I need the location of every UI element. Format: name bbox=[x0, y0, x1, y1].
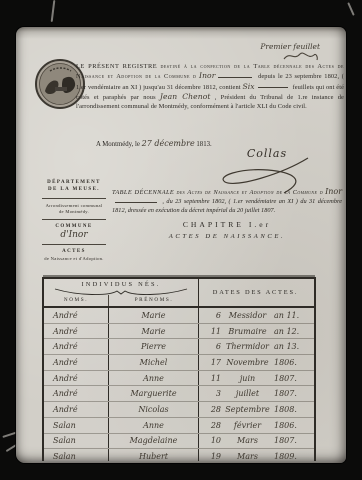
date-month: Mars bbox=[221, 436, 274, 445]
chapter-heading: CHAPITRE I.er bbox=[112, 220, 342, 229]
divider bbox=[42, 219, 106, 220]
prenom-cell: Magdelaine bbox=[109, 434, 199, 449]
title-block: TABLE DÉCENNALE des Actes de Naissance e… bbox=[112, 187, 342, 240]
date-handwritten: 27 décembre bbox=[142, 139, 195, 148]
register-notice: LE PRÉSENT REGISTRE destiné à la confect… bbox=[76, 62, 344, 111]
president-name-handwritten: Jean Chenot bbox=[160, 92, 211, 101]
table-row: André Anne 11juin1807. bbox=[44, 371, 314, 387]
nom-cell: André bbox=[44, 402, 109, 417]
scanned-register-page: { "colors": { "background": "#0b0b0a", "… bbox=[0, 0, 362, 480]
date-year: 1808. bbox=[274, 405, 310, 414]
date-year: 1807. bbox=[274, 374, 310, 383]
divider bbox=[42, 244, 106, 245]
col-header-prenoms: PRÉNOMS. bbox=[109, 295, 199, 306]
group-header: INDIVIDUS NÉS. bbox=[44, 279, 198, 288]
actes-sublabel: de Naissance et d'Adoption. bbox=[34, 256, 114, 262]
blank-line bbox=[258, 86, 288, 88]
date-year: 1807. bbox=[274, 389, 310, 398]
table-row: André Nicolas 28Septembre1808. bbox=[44, 402, 314, 418]
nom-cell: André bbox=[44, 324, 109, 339]
dateline-year: 1813. bbox=[196, 141, 211, 148]
col-header-dates: DATES DES ACTES. bbox=[199, 279, 312, 306]
prenom-cell: Anne bbox=[109, 371, 199, 386]
corner-note: Premier feuillet bbox=[260, 42, 320, 63]
date-month: février bbox=[221, 421, 274, 430]
table-row: André Marguerite 3juillet1807. bbox=[44, 386, 314, 402]
date-cell: 28Septembre1808. bbox=[199, 402, 314, 417]
date-day: 28 bbox=[203, 405, 221, 414]
births-table: INDIVIDUS NÉS. NOMS. PRÉNOMS. DATES DES … bbox=[42, 277, 316, 461]
date-day: 6 bbox=[203, 311, 221, 320]
date-year: 1809. bbox=[274, 452, 310, 461]
date-day: 17 bbox=[203, 358, 221, 367]
date-month: juillet bbox=[221, 389, 274, 398]
blank-line bbox=[218, 76, 252, 78]
date-day: 11 bbox=[203, 374, 221, 383]
date-cell: 6Thermidoran 13. bbox=[199, 339, 314, 354]
col-header-noms: NOMS. bbox=[44, 295, 109, 306]
prenom-cell: Marie bbox=[109, 308, 199, 323]
arrondissement-line2: de Montmédy. bbox=[34, 209, 114, 215]
nom-cell: André bbox=[44, 339, 109, 354]
date-year: 1806. bbox=[274, 358, 310, 367]
title-text-1: TABLE DÉCENNALE des Actes de Naissance e… bbox=[112, 189, 323, 196]
date-cell: 11juin1807. bbox=[199, 371, 314, 386]
prenom-cell: Pierre bbox=[109, 339, 199, 354]
prenom-cell: Marie bbox=[109, 324, 199, 339]
paraph-flourish-icon bbox=[280, 49, 320, 63]
date-month: Brumaire bbox=[221, 327, 274, 336]
date-year: 1807. bbox=[274, 436, 310, 445]
commune-label: COMMUNE bbox=[34, 224, 114, 231]
decennale-title: TABLE DÉCENNALE des Actes de Naissance e… bbox=[112, 187, 342, 215]
subheader-row: NOMS. PRÉNOMS. bbox=[44, 295, 198, 306]
scan-artifact bbox=[51, 0, 56, 22]
blank-line bbox=[115, 201, 157, 203]
nom-cell: André bbox=[44, 386, 109, 401]
date-day: 6 bbox=[203, 342, 221, 351]
date-cell: 19Mars1809. bbox=[199, 449, 314, 461]
table-row: Salan Hubert 19Mars1809. bbox=[44, 449, 314, 461]
date-cell: 11Brumairean 12. bbox=[199, 324, 314, 339]
nom-cell: Salan bbox=[44, 434, 109, 449]
dateline-printed: A Montmédy, le bbox=[96, 141, 140, 148]
date-month: Septembre bbox=[221, 405, 274, 414]
date-day: 3 bbox=[203, 389, 221, 398]
divider bbox=[42, 198, 106, 199]
margin-block: DÉPARTEMENT DE LA MEUSE. Arrondissement … bbox=[34, 180, 114, 262]
actes-label: ACTES bbox=[34, 249, 114, 256]
dateline: A Montmédy, le 27 décembre 1813. bbox=[96, 139, 212, 148]
title-commune-handwritten: Inor bbox=[325, 187, 342, 196]
corner-note-text: Premier feuillet bbox=[260, 42, 320, 51]
nom-cell: André bbox=[44, 355, 109, 370]
feuillets-count-handwritten: Six bbox=[242, 82, 254, 91]
prenom-cell: Michel bbox=[109, 355, 199, 370]
scan-artifact bbox=[347, 2, 355, 16]
arrondissement-label: Arrondissement communal de Montmédy. bbox=[34, 203, 114, 215]
date-year: an 11. bbox=[274, 311, 310, 320]
register-paper: Premier feuillet LE PRÉSENT REGISTRE des… bbox=[16, 27, 346, 463]
date-month: Messidor bbox=[221, 311, 274, 320]
date-day: 28 bbox=[203, 421, 221, 430]
individus-group-cell: INDIVIDUS NÉS. NOMS. PRÉNOMS. bbox=[44, 279, 199, 306]
date-cell: 28février1806. bbox=[199, 418, 314, 433]
signature-name: Collas bbox=[247, 147, 287, 160]
section-heading: ACTES DE NAISSANCE. bbox=[112, 233, 342, 240]
department-line1: DÉPARTEMENT bbox=[34, 180, 114, 187]
date-year: 1806. bbox=[274, 421, 310, 430]
commune-handwritten: Inor bbox=[199, 71, 216, 80]
date-cell: 10Mars1807. bbox=[199, 434, 314, 449]
department-line2: DE LA MEUSE. bbox=[34, 187, 114, 194]
date-month: Novembre bbox=[221, 358, 274, 367]
date-year: an 13. bbox=[274, 342, 310, 351]
brace-icon bbox=[51, 288, 191, 295]
date-cell: 6Messidoran 11. bbox=[199, 308, 314, 323]
date-cell: 17Novembre1806. bbox=[199, 355, 314, 370]
nom-cell: André bbox=[44, 371, 109, 386]
prenom-cell: Nicolas bbox=[109, 402, 199, 417]
date-cell: 3juillet1807. bbox=[199, 386, 314, 401]
date-month: juin bbox=[221, 374, 274, 383]
prenom-cell: Anne bbox=[109, 418, 199, 433]
date-year: an 12. bbox=[274, 327, 310, 336]
date-month: Thermidor bbox=[221, 342, 274, 351]
table-body: André Marie 6Messidoran 11. André Marie … bbox=[44, 308, 314, 461]
commune-name-handwritten: d'Inor bbox=[34, 230, 114, 240]
nom-cell: Salan bbox=[44, 449, 109, 461]
table-row: Salan Magdelaine 10Mars1807. bbox=[44, 434, 314, 450]
nom-cell: André bbox=[44, 308, 109, 323]
date-day: 11 bbox=[203, 327, 221, 336]
date-day: 10 bbox=[203, 436, 221, 445]
table-row: André Marie 6Messidoran 11. bbox=[44, 308, 314, 324]
nom-cell: Salan bbox=[44, 418, 109, 433]
arrondissement-line1: Arrondissement communal bbox=[34, 203, 114, 209]
table-header: INDIVIDUS NÉS. NOMS. PRÉNOMS. DATES DES … bbox=[44, 279, 314, 308]
prenom-cell: Hubert bbox=[109, 449, 199, 461]
table-row: André Pierre 6Thermidoran 13. bbox=[44, 339, 314, 355]
department-label: DÉPARTEMENT DE LA MEUSE. bbox=[34, 180, 114, 194]
prenom-cell: Marguerite bbox=[109, 386, 199, 401]
table-row: André Michel 17Novembre1806. bbox=[44, 355, 314, 371]
date-day: 19 bbox=[203, 452, 221, 461]
table-row: Salan Anne 28février1806. bbox=[44, 418, 314, 434]
table-row: André Marie 11Brumairean 12. bbox=[44, 324, 314, 340]
date-month: Mars bbox=[221, 452, 274, 461]
